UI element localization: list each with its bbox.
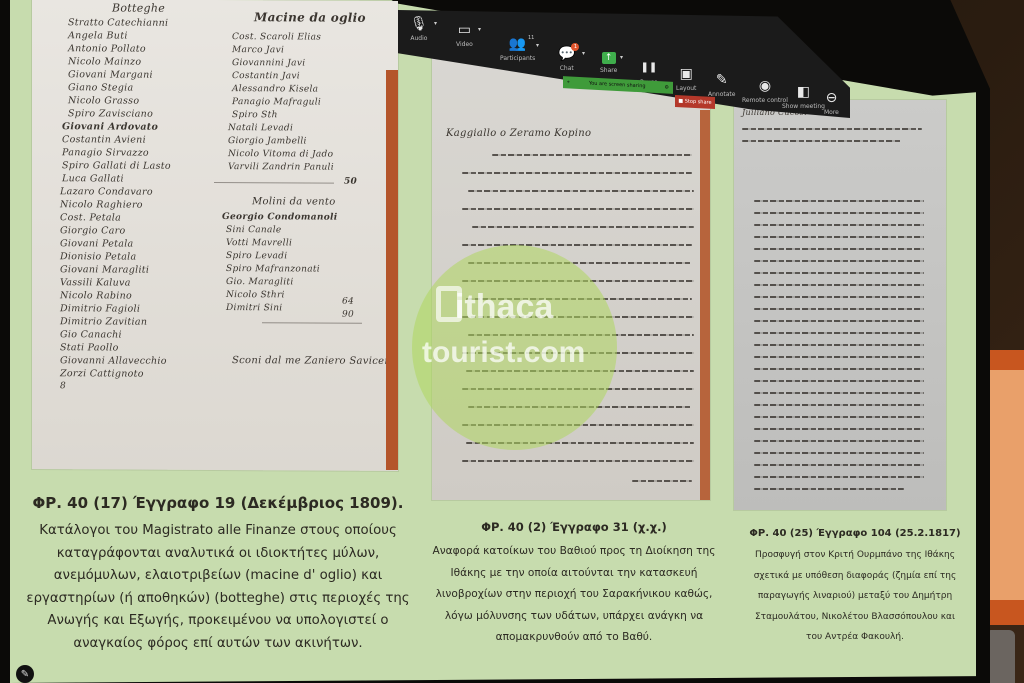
- handwritten-name: Sini Canale: [226, 225, 282, 235]
- chevron-down-icon[interactable]: ▾: [478, 26, 481, 33]
- handwritten-name: Giovani Ardovato: [62, 121, 158, 133]
- watermark-text-line2: tourist.com: [422, 336, 585, 370]
- caption-line: καταγράφονται αναλυτικά οι ιδιοκτήτες μύ…: [22, 543, 414, 566]
- handwritten-name: Giovani Maragliti: [60, 264, 149, 275]
- handwritten-name: Dimitrio Fagioli: [60, 303, 140, 314]
- document-image-1: Botteghe Macine da oglio Stratto Catechi…: [32, 0, 398, 471]
- handwritten-name: Nicolo Mainzo: [68, 56, 141, 67]
- watermark-text-line1: ithaca: [455, 288, 553, 327]
- caption-line: αναγκαίος φόρος επί αυτών των ακινήτων.: [22, 633, 414, 656]
- handwritten-name: Giovani Margani: [68, 69, 153, 80]
- handwritten-name: Georgio Condomanoli: [222, 212, 337, 223]
- video-camera-icon: ▭: [458, 22, 471, 38]
- document-image-3: Juiliano Cucosi: [734, 100, 946, 510]
- handwritten-name: Nicolo Sthri: [226, 290, 285, 300]
- caption-line: Κατάλογοι του Magistrato alle Finanze στ…: [22, 520, 414, 543]
- caption-line: Ιθάκης με την οποία αιτούνται την κατασκ…: [424, 563, 724, 585]
- caption-line: Ανωγής και Εξωγής, προκειμένου να υπολογ…: [22, 610, 414, 633]
- toolbar-label: Participants: [500, 55, 535, 62]
- toolbar-more-button[interactable]: ⊖ More: [824, 90, 839, 116]
- toolbar-label: Share: [600, 67, 617, 74]
- handwritten-name: Spiro Gallati di Lasto: [62, 160, 171, 172]
- toolbar-label: Remote control: [742, 97, 788, 104]
- handwritten-name: Gio Canachi: [60, 329, 122, 340]
- caption-line: λόγω μόλυνσης των υδάτων, υπάρχει ανάγκη…: [424, 606, 724, 628]
- handwritten-name: Nicolo Grasso: [68, 95, 139, 106]
- handwritten-name: Lazaro Condavaro: [60, 186, 153, 197]
- caption-line: Αναφορά κατοίκων του Βαθιού προς τη Διοί…: [424, 541, 724, 563]
- handwritten-name: Costantin Javi: [232, 71, 300, 81]
- caption-line: σχετικά με υπόθεση διαφοράς (ζημία επί τ…: [735, 566, 975, 587]
- participants-icon: 👥11: [509, 36, 526, 52]
- handwritten-name: Dionisio Petala: [60, 251, 136, 262]
- handwritten-name: Dimitri Sini: [226, 303, 282, 313]
- settings-icon[interactable]: ⚙: [665, 81, 669, 93]
- handwritten-name: Giovani Petala: [60, 238, 134, 249]
- handwritten-name: Antonio Pollato: [68, 43, 146, 54]
- toolbar-participants-button[interactable]: 👥11 Participants ▾: [500, 36, 535, 62]
- handwritten-name: Alessandro Kisela: [232, 84, 318, 94]
- handwritten-name: Costantin Avieni: [62, 134, 146, 145]
- doc1-footer: Sconi dal me Zaniero Savicen: [232, 355, 391, 367]
- toolbar-layout-button[interactable]: ▣ Layout: [676, 66, 696, 92]
- handwritten-name: Cost. Scaroli Elias: [232, 32, 321, 42]
- doc1-folder-edge: [386, 70, 398, 470]
- handwritten-name: Spiro Mafranzonati: [226, 264, 320, 274]
- toolbar-label: Audio: [410, 35, 427, 42]
- toolbar-remote-control-button[interactable]: ◉ Remote control: [742, 78, 788, 104]
- mouse-icon: ◉: [759, 78, 771, 94]
- caption-title: ΦΡ. 40 (2) Έγγραφο 31 (χ.χ.): [424, 520, 724, 534]
- caption-document-3: ΦΡ. 40 (25) Έγγραφο 104 (25.2.1817) Προσ…: [735, 528, 975, 648]
- share-screen-icon: ↑: [602, 52, 616, 64]
- caption-line: εργαστηρίων (ή αποθηκών) (botteghe) στις…: [22, 588, 414, 611]
- caption-line: ανεμόμυλων, ελαιοτριβείων (macine d' ogl…: [22, 565, 414, 588]
- handwritten-name: Panagio Mafraguli: [232, 97, 321, 107]
- handwritten-name: Nicolo Raghiero: [60, 199, 143, 210]
- handwritten-name: Stratto Catechianni: [68, 17, 168, 29]
- caption-line: του Αντρέα Φακουλή.: [735, 627, 975, 648]
- pause-icon: ❚❚: [640, 60, 657, 76]
- toolbar-label: Layout: [676, 85, 696, 92]
- caption-title: ΦΡ. 40 (17) Έγγραφο 19 (Δεκέμβριος 1809)…: [22, 494, 414, 512]
- caption-title: ΦΡ. 40 (25) Έγγραφο 104 (25.2.1817): [735, 528, 975, 539]
- toolbar-chat-button[interactable]: 💬1 Chat ▾: [558, 46, 575, 72]
- handwritten-name: Gio. Maragliti: [226, 277, 294, 287]
- show-meeting-icon: ◧: [797, 84, 810, 100]
- caption-line: Προσφυγή στον Κριτή Ουρμπάνο της Ιθάκης: [735, 545, 975, 566]
- handwritten-name: Giorgio Caro: [60, 225, 126, 236]
- handwritten-total: 64: [342, 297, 354, 307]
- more-icon: ⊖: [826, 90, 838, 106]
- handwritten-name: Angela Buti: [68, 30, 128, 41]
- handwritten-line: Kaggiallo o Zeramo Kopino: [446, 128, 591, 139]
- handwritten-name: Giovannini Javi: [232, 58, 305, 68]
- toolbar-show-meeting-button[interactable]: ◧ Show meeting: [782, 84, 825, 110]
- handwritten-name: Giorgio Jambelli: [228, 136, 307, 146]
- pencil-icon: ✎: [716, 72, 728, 88]
- caption-document-2: ΦΡ. 40 (2) Έγγραφο 31 (χ.χ.) Αναφορά κατ…: [424, 520, 724, 649]
- pin-icon: ⌖: [567, 76, 570, 88]
- handwritten-name: Natali Levadi: [228, 123, 293, 133]
- handwritten-name: Luca Gallati: [62, 173, 124, 184]
- handwritten-total: 8: [60, 381, 66, 391]
- caption-document-1: ΦΡ. 40 (17) Έγγραφο 19 (Δεκέμβριος 1809)…: [22, 494, 414, 655]
- handwritten-name: Varvili Zandrin Panuli: [228, 162, 334, 173]
- pencil-icon: ✎: [21, 669, 29, 680]
- handwritten-name: Nicolo Rabino: [60, 290, 132, 301]
- toolbar-label: Video: [456, 41, 473, 48]
- handwritten-name: Stati Paollo: [60, 342, 119, 353]
- handwritten-name: Votti Mavrelli: [226, 238, 292, 248]
- handwritten-name: Giovanni Allavecchio: [60, 355, 167, 367]
- toolbar-label: Chat: [560, 65, 574, 72]
- handwritten-name: Spiro Sth: [232, 110, 278, 120]
- caption-line: Σταμουλάτου, Νικολέτου Βλασσόπουλου και: [735, 607, 975, 628]
- toolbar-share-button[interactable]: ↑ Share ▾: [600, 52, 617, 74]
- stop-share-label: Stop share: [685, 98, 712, 105]
- handwritten-name: Spiro Levadi: [226, 251, 287, 261]
- handwritten-name: Zorzi Cattignoto: [60, 368, 144, 379]
- doc1-subheader: Molini da vento: [252, 196, 336, 207]
- layout-icon: ▣: [680, 66, 693, 82]
- toolbar-label: More: [824, 109, 839, 116]
- participants-count: 11: [528, 30, 534, 46]
- caption-line: παραγωγής λιναριού) μεταξύ του Δημήτρη: [735, 586, 975, 607]
- handwritten-name: Vassili Kaluva: [60, 277, 131, 288]
- chevron-down-icon[interactable]: ▾: [434, 20, 437, 27]
- toolbar-label: Show meeting: [782, 103, 825, 110]
- chevron-down-icon[interactable]: ▾: [620, 54, 623, 61]
- handwritten-total: 90: [342, 310, 354, 320]
- doc1-header-right: Macine da oglio: [254, 10, 366, 25]
- caption-line: λινοβροχίων στην περιοχή του Σαρακήνικου…: [424, 584, 724, 606]
- chevron-down-icon[interactable]: ▾: [582, 50, 585, 57]
- handwritten-name: Spiro Zavisciano: [68, 108, 153, 119]
- handwritten-total: 50: [344, 177, 357, 187]
- doc1-header-left: Botteghe: [112, 1, 165, 14]
- handwritten-name: Nicolo Vitoma di Jado: [228, 149, 333, 160]
- handwritten-name: Panagio Sirvazzo: [62, 147, 149, 158]
- handwritten-name: Marco Javi: [232, 45, 284, 55]
- chevron-down-icon[interactable]: ▾: [536, 42, 539, 49]
- microphone-icon: 🎙: [410, 16, 428, 32]
- annotate-pen-button[interactable]: ✎: [16, 665, 34, 683]
- toolbar-annotate-button[interactable]: ✎ Annotate: [708, 72, 735, 98]
- handwritten-name: Giano Stegia: [68, 82, 133, 93]
- chat-icon: 💬1: [558, 46, 575, 62]
- stop-share-button[interactable]: ■ Stop share: [675, 95, 715, 109]
- doc2-folder-edge: [700, 110, 710, 500]
- handwritten-name: Dimitrio Zavitian: [60, 316, 147, 327]
- toolbar-video-button[interactable]: ▭ Video ▾: [456, 22, 473, 48]
- handwritten-name: Cost. Petala: [60, 212, 121, 223]
- caption-line: απομακρυνθούν από το Βαθύ.: [424, 627, 724, 649]
- toolbar-audio-button[interactable]: 🎙 Audio ▾: [410, 16, 428, 42]
